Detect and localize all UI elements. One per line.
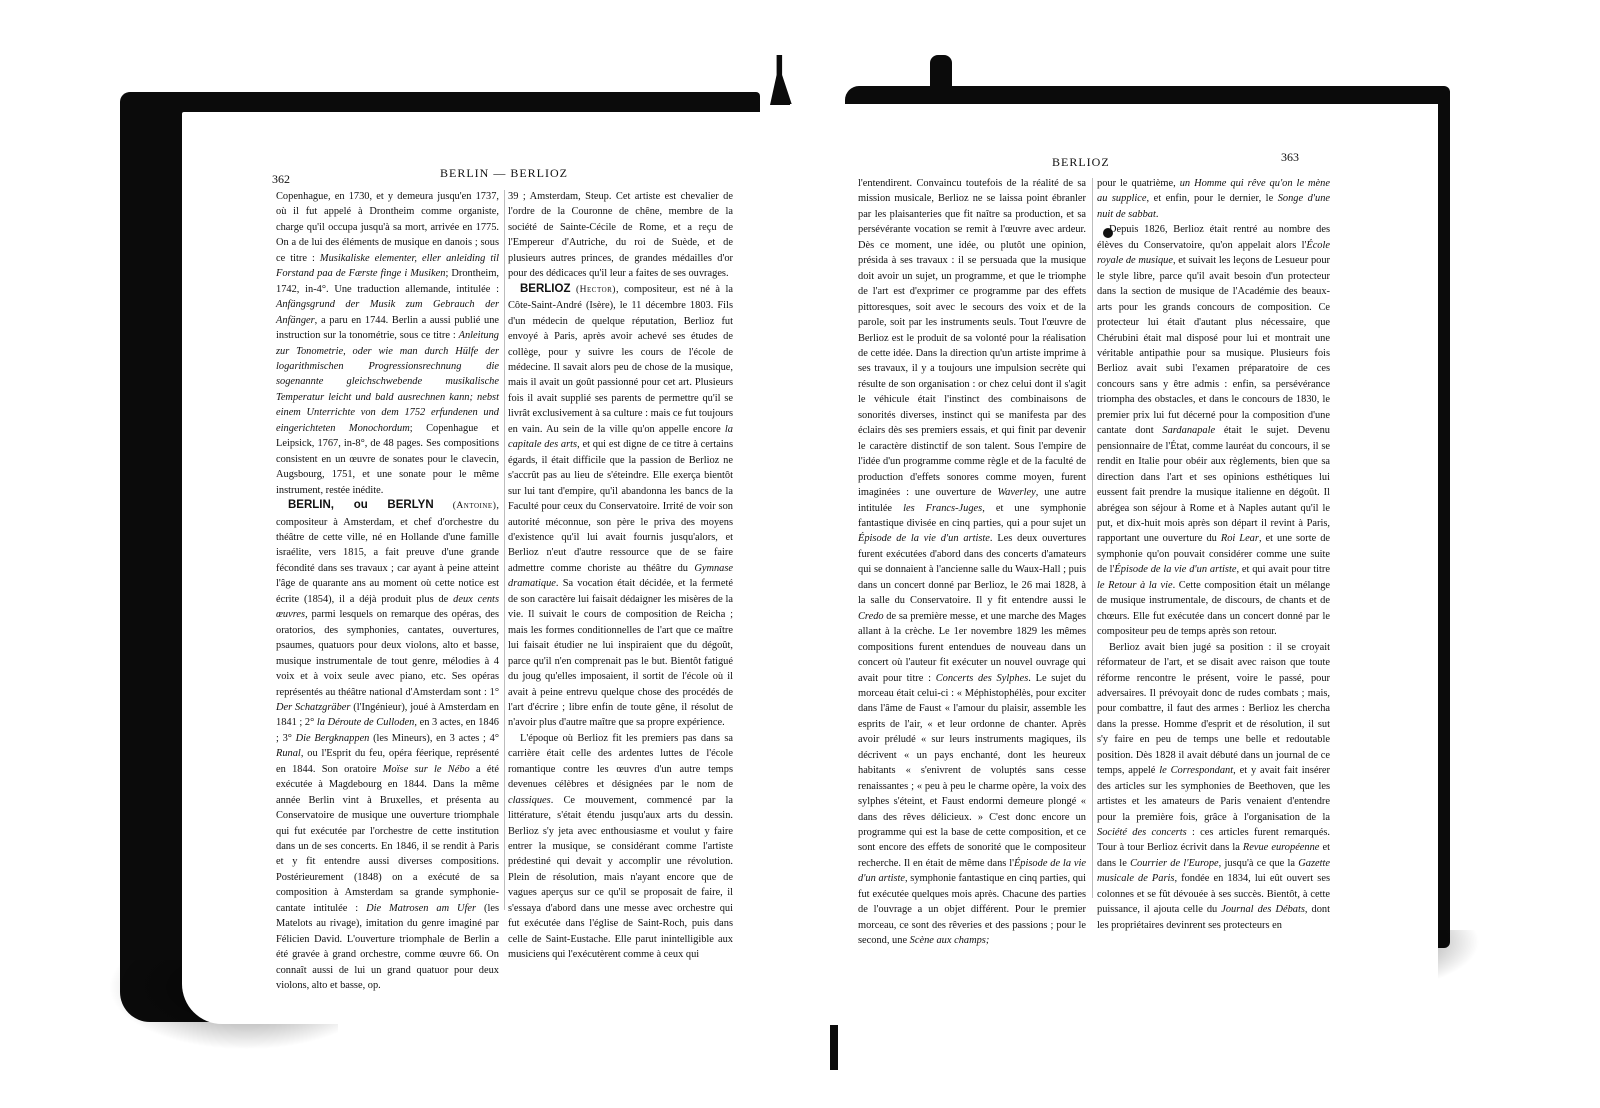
dictionary-entry-berlin: BERLIN, ou BERLYN (Antoine), compositeur… (276, 498, 499, 994)
page-number-right: 363 (1281, 150, 1299, 165)
spine-artifact (830, 1025, 838, 1070)
right-page-column-2: pour le quatrième, un Homme qui rêve qu'… (1097, 176, 1330, 933)
page-number-left: 362 (272, 172, 290, 187)
spine-artifact (930, 55, 952, 95)
column-divider (1092, 178, 1093, 898)
right-page-column-1: l'entendirent. Convaincu toutefois de la… (858, 176, 1086, 949)
left-page-column-1: Copenhague, en 1730, et y demeura jusqu'… (276, 189, 499, 994)
dictionary-entry-berlioz: BERLIOZ (Hector), compositeur, est né à … (508, 282, 733, 731)
left-page-column-2: 39 ; Amsterdam, Steup. Cet artiste est c… (508, 189, 733, 963)
column-divider (504, 190, 505, 910)
running-head-left: BERLIN — BERLIOZ (440, 166, 568, 181)
running-head-right: BERLIOZ (1052, 155, 1110, 170)
entry-headword: BERLIOZ (520, 283, 570, 295)
entry-headword: BERLIN, ou BERLYN (288, 499, 434, 511)
